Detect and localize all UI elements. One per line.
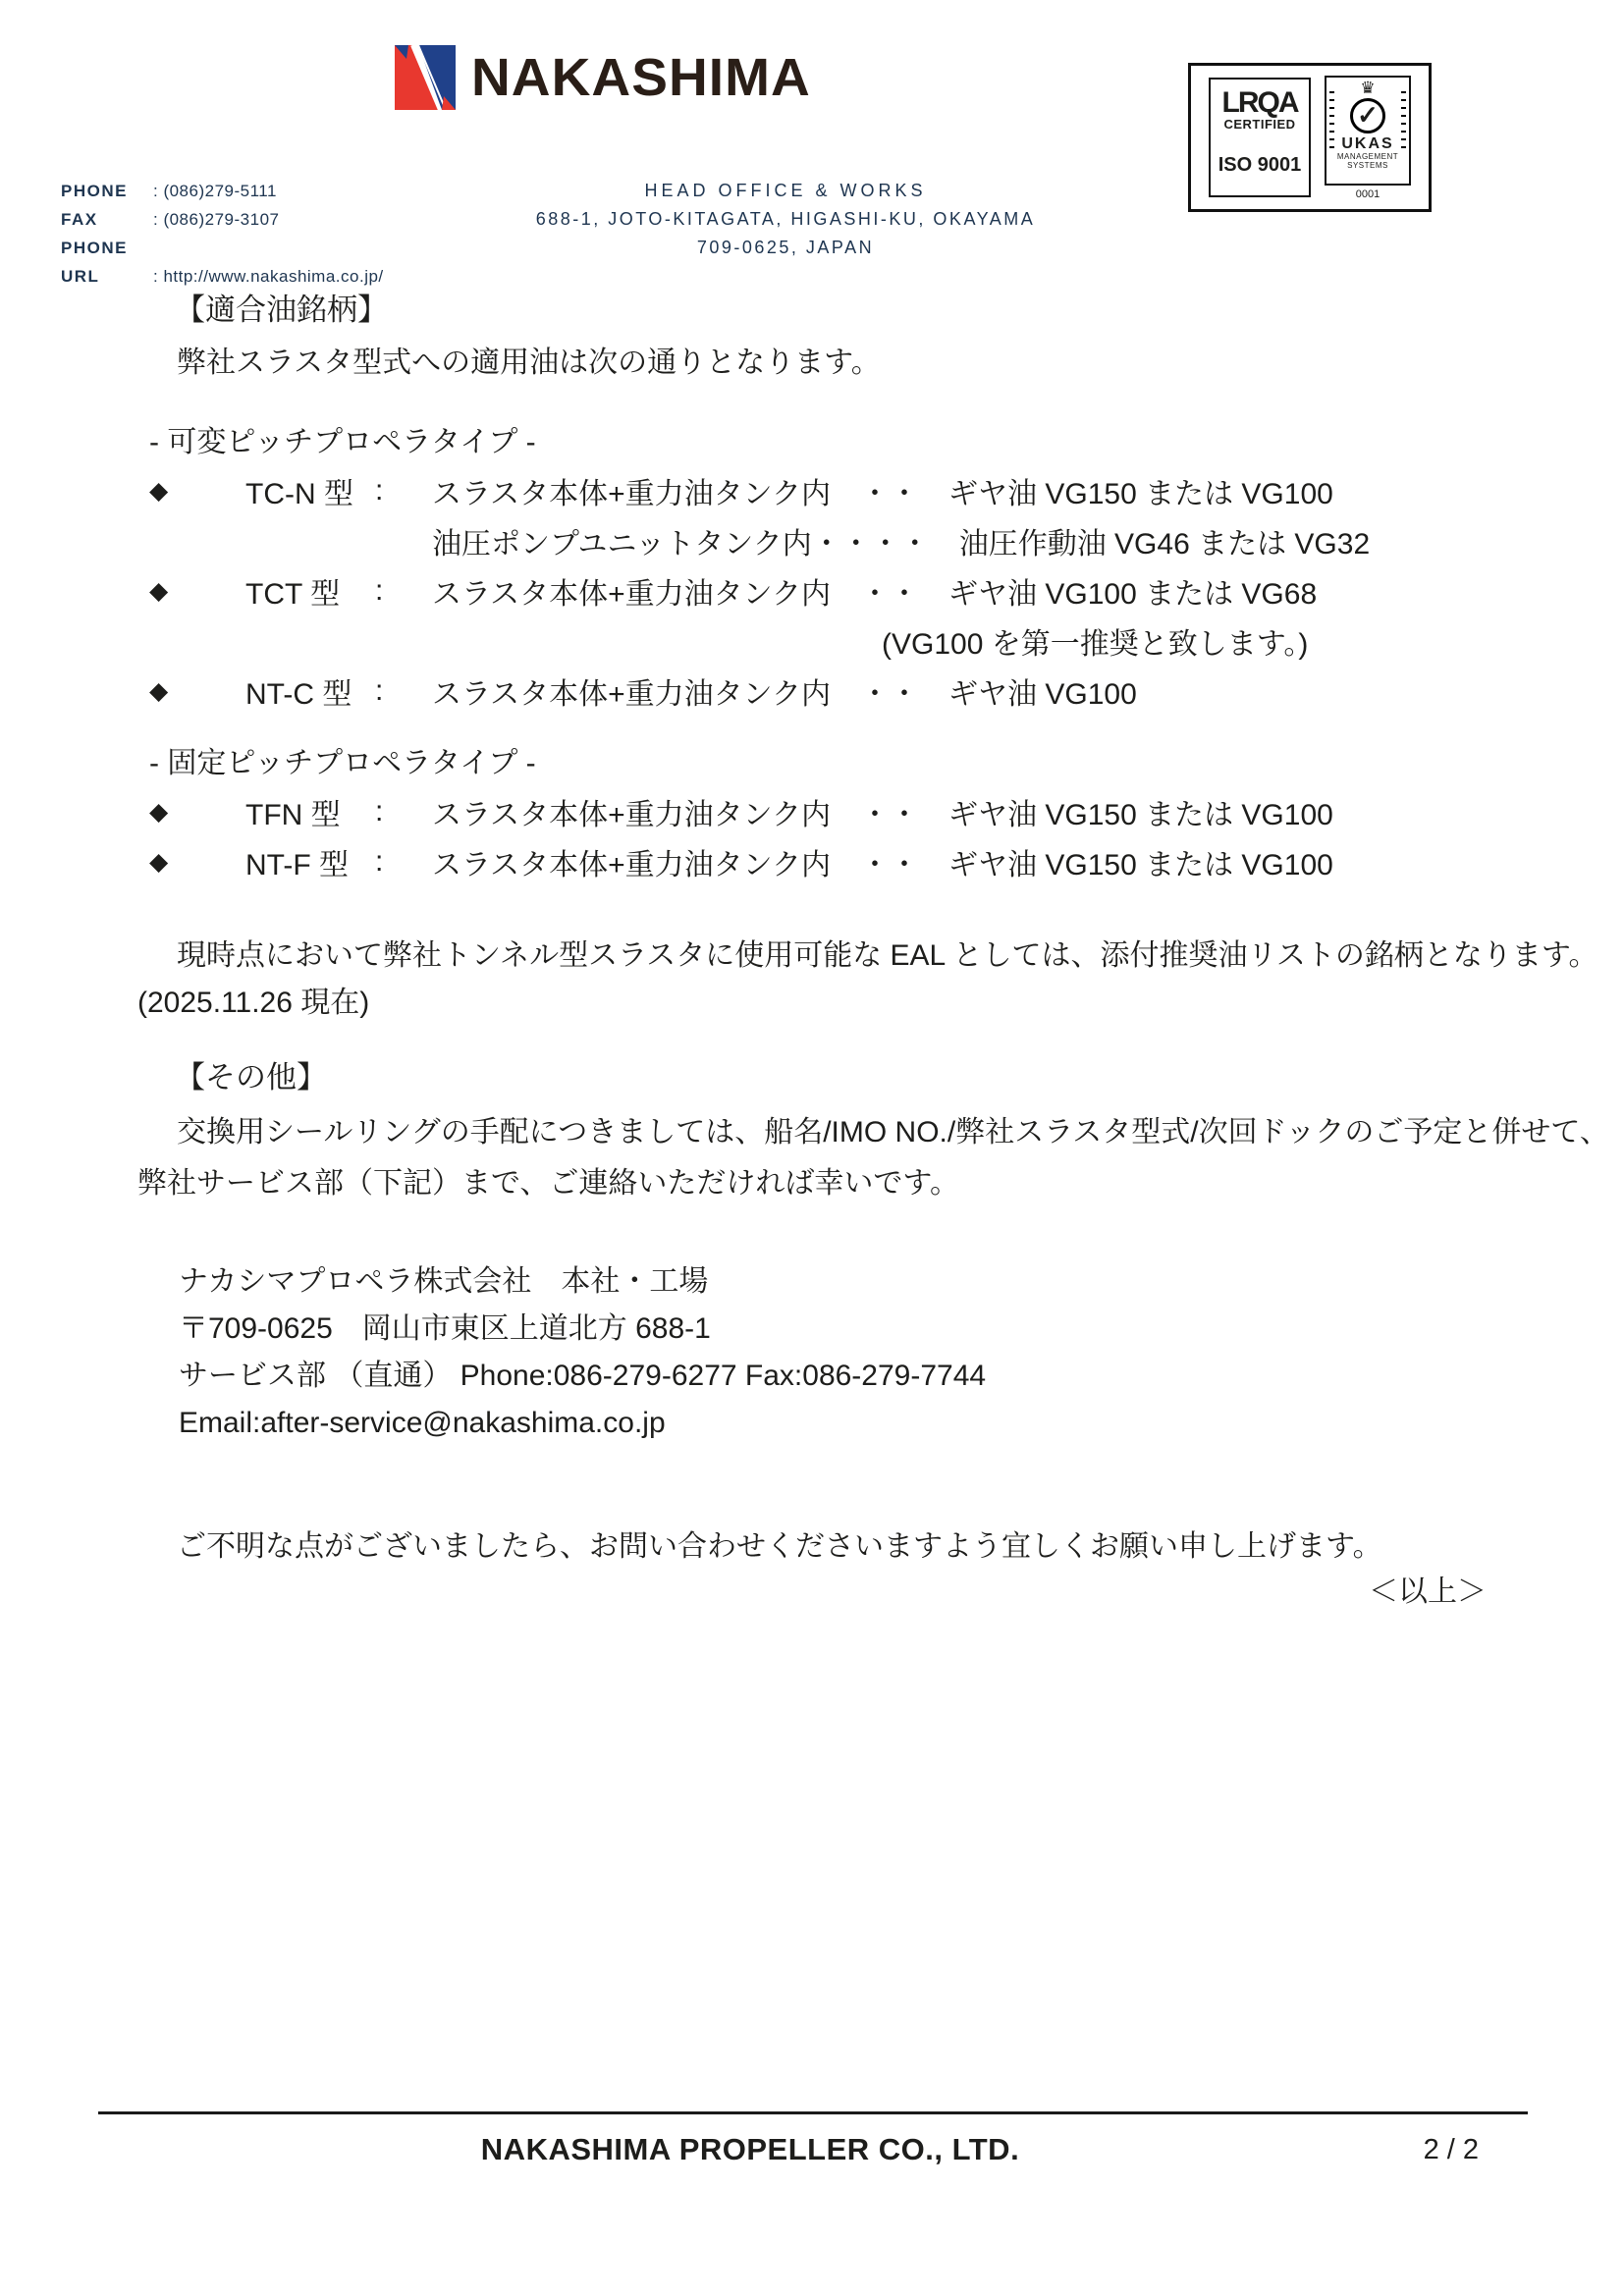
iso-9001-label: ISO 9001 <box>1218 154 1302 177</box>
phone-row: PHONE : (086)279-5111 <box>61 177 384 205</box>
other-section-line1: 交換用シールリングの手配につきましては、船名/IMO NO./弊社スラスタ型式/… <box>177 1107 1624 1158</box>
office-title: HEAD OFFICE & WORKS <box>501 177 1070 205</box>
lrqa-certified-label: CERTIFIED <box>1223 117 1295 133</box>
diamond-bullet-icon: ◆ <box>149 576 245 606</box>
ukas-badge-box: ♛ ✓ UKAS MANAGEMENT SYSTEMS <box>1325 76 1411 186</box>
diamond-bullet-icon: ◆ <box>149 797 245 827</box>
ukas-label: UKAS <box>1341 136 1393 152</box>
check-circle-icon: ✓ <box>1350 98 1385 133</box>
other-section-line2: 弊社サービス部（下記）まで、ご連絡いただければ幸いです。 <box>137 1158 1624 1209</box>
ukas-management-label: MANAGEMENT <box>1337 152 1398 161</box>
url-row: URL : http://www.nakashima.co.jp/ <box>61 262 384 291</box>
model-name: TFN 型 <box>245 790 375 833</box>
crown-icon: ♛ <box>1360 80 1375 97</box>
oil-spec: スラスタ本体+重力油タンク内 ・・ ギヤ油 VG150 または VG100 <box>432 469 1333 512</box>
check-icon: ✓ <box>1357 100 1379 131</box>
group-title-cpp: - 可変ピッチプロペラタイプ - <box>149 420 1624 465</box>
oil-row-tct-note: (VG100 を第一推奨と致します。) <box>149 615 1624 666</box>
separator-colon: : <box>375 795 432 828</box>
oil-spec: スラスタ本体+重力油タンク内 ・・ ギヤ油 VG100 <box>432 669 1137 713</box>
office-street: 688-1, JOTO-KITAGATA, HIGASHI-KU, OKAYAM… <box>501 205 1070 234</box>
eal-note-line1: 現時点において弊社トンネル型スラスタに使用可能な EAL としては、添付推奨油リ… <box>177 933 1624 980</box>
oil-row-tct: ◆ TCT 型 : スラスタ本体+重力油タンク内 ・・ ギヤ油 VG100 また… <box>149 565 1624 615</box>
oil-row-tfn: ◆ TFN 型 : スラスタ本体+重力油タンク内 ・・ ギヤ油 VG150 また… <box>149 786 1624 836</box>
lrqa-badge: LRQA CERTIFIED ISO 9001 <box>1209 78 1311 197</box>
nakashima-logo-mark-icon <box>395 45 456 110</box>
group-title-fpp: - 固定ピッチプロペラタイプ - <box>149 741 1624 786</box>
oil-row-tcn: ◆ TC-N 型 : スラスタ本体+重力油タンク内 ・・ ギヤ油 VG150 ま… <box>149 465 1624 515</box>
oil-row-ntc: ◆ NT-C 型 : スラスタ本体+重力油タンク内 ・・ ギヤ油 VG100 <box>149 666 1624 716</box>
page-number: 2 / 2 <box>1424 2134 1479 2166</box>
separator-colon: : <box>375 474 432 507</box>
logo-wordmark: NAKASHIMA <box>471 47 811 108</box>
oil-spec: 油圧ポンプユニットタンク内・・・・ 油圧作動油 VG46 または VG32 <box>432 519 1370 562</box>
end-mark: ＜以上＞ <box>0 1570 1624 1615</box>
phone-label: PHONE <box>61 177 153 205</box>
model-name: NT-F 型 <box>245 840 375 883</box>
oil-row-tcn-pump: 油圧ポンプユニットタンク内・・・・ 油圧作動油 VG46 または VG32 <box>149 515 1624 565</box>
service-phone-fax: サービス部 （直通） Phone:086-279-6277 Fax:086-27… <box>179 1353 1624 1400</box>
section-heading-oil: 【適合油銘柄】 <box>175 291 1624 330</box>
service-email: Email:after-service@nakashima.co.jp <box>179 1400 1624 1447</box>
fax-row: FAX PHONE : (086)279-3107 <box>61 205 384 262</box>
separator-colon: : <box>375 845 432 879</box>
office-postal: 709-0625, JAPAN <box>501 234 1070 262</box>
diamond-bullet-icon: ◆ <box>149 676 245 706</box>
document-page: NAKASHIMA PHONE : (086)279-5111 FAX PHON… <box>0 0 1624 2296</box>
eal-note-date: (2025.11.26 現在) <box>137 980 1624 1027</box>
section-heading-other: 【その他】 <box>175 1056 1624 1099</box>
footer-divider <box>98 2111 1528 2114</box>
model-name: TCT 型 <box>245 569 375 613</box>
url-value: : http://www.nakashima.co.jp/ <box>153 262 384 291</box>
separator-colon: : <box>375 674 432 708</box>
ukas-systems-label: SYSTEMS <box>1347 161 1388 170</box>
oil-row-ntf: ◆ NT-F 型 : スラスタ本体+重力油タンク内 ・・ ギヤ油 VG150 ま… <box>149 836 1624 886</box>
url-label: URL <box>61 262 153 291</box>
oil-recommendation-note: (VG100 を第一推奨と致します。) <box>882 619 1308 663</box>
head-office-address: HEAD OFFICE & WORKS 688-1, JOTO-KITAGATA… <box>501 177 1070 262</box>
oil-section-intro: 弊社スラスタ型式への適用油は次の通りとなります。 <box>177 344 1624 383</box>
company-name-jp: ナカシマプロペラ株式会社 本社・工場 <box>179 1258 1624 1306</box>
header-contact-info: PHONE : (086)279-5111 FAX PHONE : (086)2… <box>61 177 384 291</box>
closing-remark: ご不明な点がございましたら、お問い合わせくださいますよう宜しくお願い申し上げます… <box>177 1524 1624 1570</box>
footer-company-name: NAKASHIMA PROPELLER CO., LTD. <box>35 2132 1465 2167</box>
model-name: NT-C 型 <box>245 669 375 713</box>
fax-label: FAX PHONE <box>61 205 153 262</box>
document-body: 【適合油銘柄】 弊社スラスタ型式への適用油は次の通りとなります。 - 可変ピッチ… <box>0 291 1624 1615</box>
model-name: TC-N 型 <box>245 469 375 512</box>
ukas-badge: ♛ ✓ UKAS MANAGEMENT SYSTEMS 0001 <box>1325 76 1411 200</box>
oil-spec: スラスタ本体+重力油タンク内 ・・ ギヤ油 VG150 または VG100 <box>432 790 1333 833</box>
ukas-ticks-left <box>1329 91 1334 150</box>
nakashima-logo: NAKASHIMA <box>395 45 804 110</box>
oil-spec: スラスタ本体+重力油タンク内 ・・ ギヤ油 VG100 または VG68 <box>432 569 1317 613</box>
separator-colon: : <box>375 574 432 608</box>
diamond-bullet-icon: ◆ <box>149 476 245 506</box>
phone-value: : (086)279-5111 <box>153 177 277 205</box>
service-contact-block: ナカシマプロペラ株式会社 本社・工場 〒709-0625 岡山市東区上道北方 6… <box>0 1258 1624 1447</box>
oil-spec: スラスタ本体+重力油タンク内 ・・ ギヤ油 VG150 または VG100 <box>432 840 1333 883</box>
lrqa-logo: LRQA <box>1222 89 1298 117</box>
certification-badge: LRQA CERTIFIED ISO 9001 ♛ ✓ UKAS MANAGEM… <box>1188 63 1432 212</box>
diamond-bullet-icon: ◆ <box>149 847 245 877</box>
company-address-jp: 〒709-0625 岡山市東区上道北方 688-1 <box>179 1306 1624 1353</box>
fax-value: : (086)279-3107 <box>153 205 279 262</box>
ukas-ticks-right <box>1401 91 1406 150</box>
ukas-number: 0001 <box>1356 188 1380 200</box>
